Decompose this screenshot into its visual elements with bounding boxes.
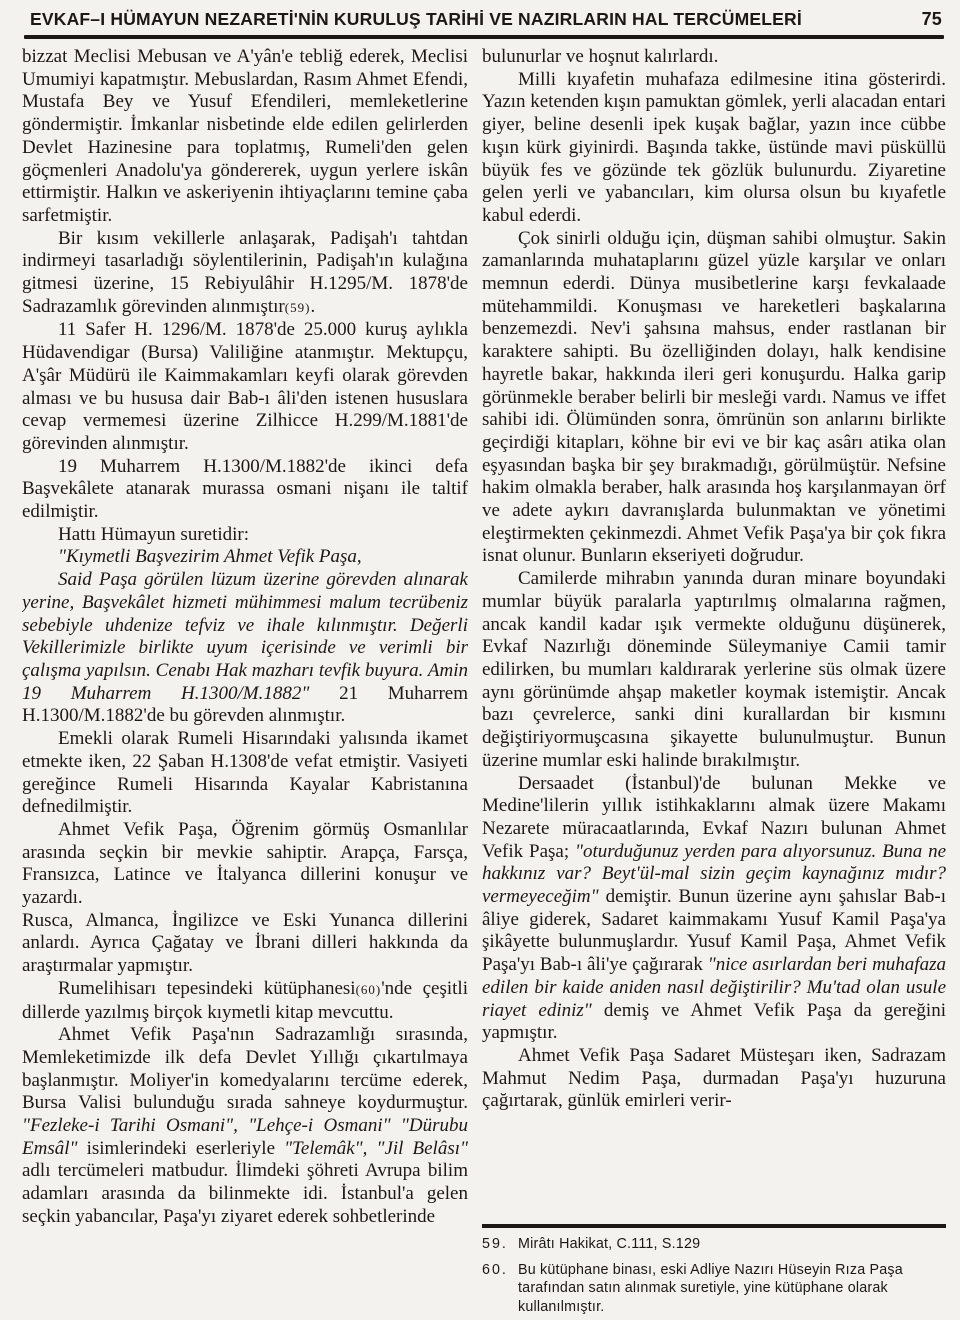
- paragraph: Hattı Hümayun suretidir:: [22, 524, 468, 547]
- text-segment: 19 Muharrem H.1300/M.1882'de ikinci defa…: [22, 456, 468, 522]
- footnote-ref: (59): [285, 300, 311, 315]
- paragraph: "Kıymetli Başvezirim Ahmet Vefik Paşa,: [22, 546, 468, 569]
- paragraph: Rusca, Almanca, İngilizce ve Eski Yunanc…: [22, 910, 468, 978]
- footnote-block: 59.Mirâtı Hakikat, C.111, S.12960.Bu küt…: [482, 1224, 946, 1318]
- book-page: EVKAF–I HÜMAYUN NEZARETİ'NİN KURULUŞ TAR…: [0, 0, 960, 1320]
- text-segment: Milli kıyafetin muhafaza edilmesine itin…: [482, 69, 946, 226]
- paragraph: Rumelihisarı tepesindeki kütüphanesi(60)…: [22, 978, 468, 1024]
- paragraph: bulunurlar ve hoşnut kalırlardı.: [482, 46, 946, 69]
- paragraph: Emekli olarak Rumeli Hisarındaki yalısın…: [22, 728, 468, 819]
- paragraph: bizzat Meclisi Mebusan ve A'yân'e tebliğ…: [22, 46, 468, 228]
- paragraph: 19 Muharrem H.1300/M.1882'de ikinci defa…: [22, 456, 468, 524]
- two-column-text: bizzat Meclisi Mebusan ve A'yân'e tebliğ…: [22, 46, 946, 1318]
- text-segment: Ahmet Vefik Paşa, Öğrenim görmüş Osmanlı…: [22, 819, 468, 908]
- left-column: bizzat Meclisi Mebusan ve A'yân'e tebliğ…: [22, 46, 468, 1318]
- footnote: 59.Mirâtı Hakikat, C.111, S.129: [482, 1235, 946, 1254]
- text-segment: isimlerindeki eserleriyle: [87, 1138, 285, 1159]
- text-segment: Ahmet Vefik Paşa'nın Sadrazamlığı sırası…: [22, 1024, 468, 1113]
- header-rule: [24, 35, 944, 39]
- footnote-ref: (60): [356, 982, 382, 997]
- paragraph: Çok sinirli olduğu için, düşman sahibi o…: [482, 228, 946, 569]
- footnote-number: 59.: [482, 1235, 518, 1254]
- text-segment: Hattı Hümayun suretidir:: [58, 524, 249, 545]
- text-segment: Ahmet Vefik Paşa Sadaret Müsteşarı iken,…: [482, 1045, 946, 1111]
- paragraph: Ahmet Vefik Paşa'nın Sadrazamlığı sırası…: [22, 1024, 468, 1228]
- paragraph: Said Paşa görülen lüzum üzerine görevden…: [22, 569, 468, 728]
- page-header-title: EVKAF–I HÜMAYUN NEZARETİ'NİN KURULUŞ TAR…: [30, 9, 802, 30]
- footnote: 60.Bu kütüphane binası, eski Adliye Nazı…: [482, 1261, 946, 1317]
- footnote-rule: [482, 1224, 946, 1228]
- footnote-text: Bu kütüphane binası, eski Adliye Nazırı …: [518, 1261, 946, 1317]
- right-column: bulunurlar ve hoşnut kalırlardı.Milli kı…: [482, 46, 946, 1318]
- paragraph: Ahmet Vefik Paşa Sadaret Müsteşarı iken,…: [482, 1045, 946, 1113]
- right-column-body: bulunurlar ve hoşnut kalırlardı.Milli kı…: [482, 46, 946, 1113]
- text-segment: "Telemâk", "Jil Belâsı": [284, 1138, 468, 1159]
- paragraph: Bir kısım vekillerle anlaşarak, Padişah'…: [22, 228, 468, 320]
- text-segment: Bir kısım vekillerle anlaşarak, Padişah'…: [22, 228, 468, 317]
- text-segment: Emekli olarak Rumeli Hisarındaki yalısın…: [22, 728, 468, 817]
- text-segment: bizzat Meclisi Mebusan ve A'yân'e tebliğ…: [22, 46, 468, 226]
- paragraph: Ahmet Vefik Paşa, Öğrenim görmüş Osmanlı…: [22, 819, 468, 910]
- paragraph: 11 Safer H. 1296/M. 1878'de 25.000 kuruş…: [22, 319, 468, 455]
- text-segment: bulunurlar ve hoşnut kalırlardı.: [482, 46, 718, 67]
- footnote-text: Mirâtı Hakikat, C.111, S.129: [518, 1235, 946, 1254]
- paragraph: Camilerde mihrabın yanında duran minare …: [482, 568, 946, 772]
- left-column-body: bizzat Meclisi Mebusan ve A'yân'e tebliğ…: [22, 46, 468, 1229]
- text-segment: 11 Safer H. 1296/M. 1878'de 25.000 kuruş…: [22, 319, 468, 454]
- paragraph: Milli kıyafetin muhafaza edilmesine itin…: [482, 69, 946, 228]
- text-segment: Rumelihisarı tepesindeki kütüphanesi: [58, 978, 356, 999]
- text-segment: Camilerde mihrabın yanında duran minare …: [482, 568, 946, 771]
- text-segment: .: [310, 296, 315, 317]
- text-segment: Çok sinirli olduğu için, düşman sahibi o…: [482, 228, 946, 567]
- footnote-number: 60.: [482, 1261, 518, 1280]
- text-segment: Rusca, Almanca, İngilizce ve Eski Yunanc…: [22, 910, 468, 976]
- footnote-list: 59.Mirâtı Hakikat, C.111, S.12960.Bu küt…: [482, 1235, 946, 1316]
- paragraph: Dersaadet (İstanbul)'de bulunan Mekke ve…: [482, 773, 946, 1045]
- text-segment: "Kıymetli Başvezirim Ahmet Vefik Paşa,: [58, 546, 362, 567]
- text-segment: adlı tercümeleri matbudur. İlimdeki şöhr…: [22, 1160, 468, 1226]
- page-header: EVKAF–I HÜMAYUN NEZARETİ'NİN KURULUŞ TAR…: [22, 9, 946, 30]
- page-number: 75: [922, 9, 942, 30]
